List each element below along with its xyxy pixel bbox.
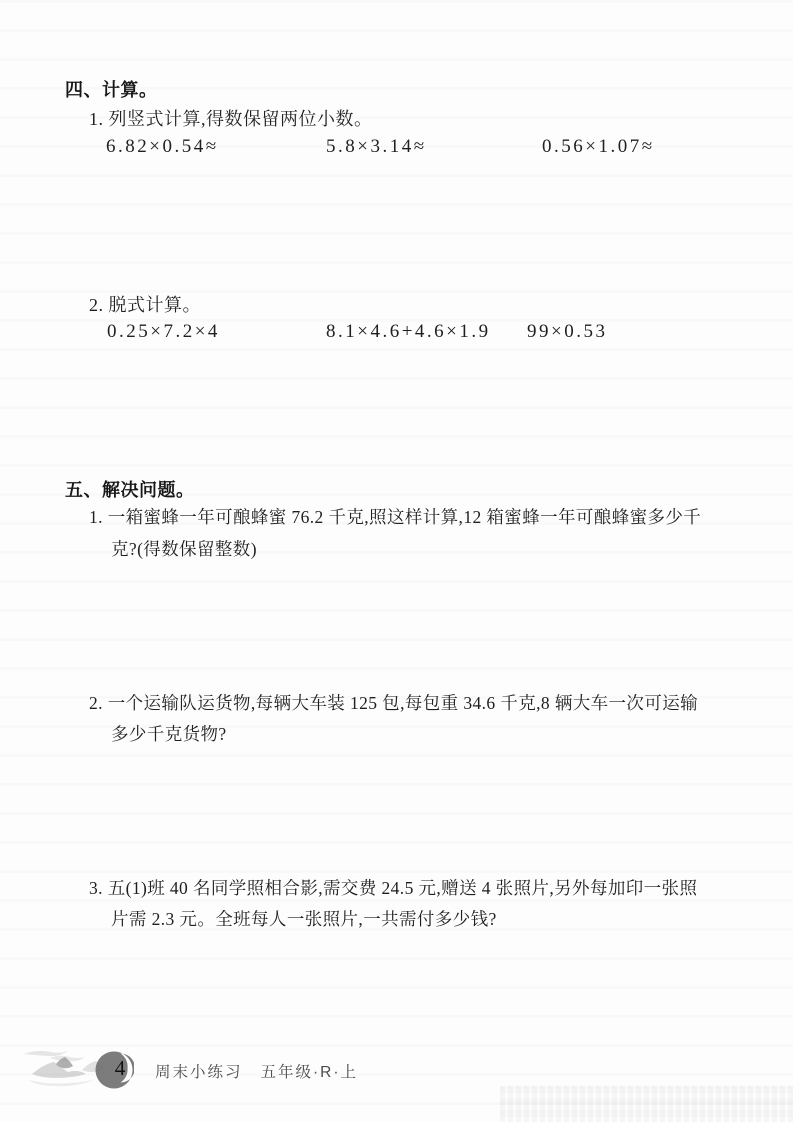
word-problem-2-line-1: 2. 一个运输队运货物,每辆大车装 125 包,每包重 34.6 千克,8 辆大… — [89, 690, 698, 715]
footer: 周末小练习 五年级·R·上 — [155, 1060, 358, 1082]
section-heading-calculation: 四、计算。 — [65, 76, 158, 102]
expression-vertical-3: 0.56×1.07≈ — [542, 136, 655, 158]
expression-step-1: 0.25×7.2×4 — [107, 321, 220, 343]
worksheet-page: 四、计算。 1. 列竖式计算,得数保留两位小数。 6.82×0.54≈ 5.8×… — [0, 0, 793, 1122]
word-problem-2-line-2: 多少千克货物? — [111, 721, 227, 746]
subsection-label-vertical-calculation: 1. 列竖式计算,得数保留两位小数。 — [89, 105, 373, 131]
word-problem-1-line-1: 1. 一箱蜜蜂一年可酿蜂蜜 76.2 千克,照这样计算,12 箱蜜蜂一年可酿蜂蜜… — [89, 504, 701, 529]
word-problem-3-line-2: 片需 2.3 元。全班每人一张照片,一共需付多少钱? — [111, 906, 497, 931]
footer-edition: 五年级·R·上 — [261, 1060, 359, 1082]
scan-texture — [0, 0, 793, 1122]
expression-step-3: 99×0.53 — [527, 321, 607, 343]
subsection-label-step-calculation: 2. 脱式计算。 — [89, 291, 201, 317]
page-bleed-through — [500, 1086, 793, 1122]
word-problem-1-line-2: 克?(得数保留整数) — [111, 536, 257, 561]
page-number: 4 — [107, 1056, 133, 1081]
expression-step-2: 8.1×4.6+4.6×1.9 — [326, 321, 491, 343]
footer-series-title: 周末小练习 — [155, 1060, 243, 1082]
expression-vertical-2: 5.8×3.14≈ — [326, 136, 427, 158]
word-problem-3-line-1: 3. 五(1)班 40 名同学照相合影,需交费 24.5 元,赠送 4 张照片,… — [89, 875, 697, 900]
expression-vertical-1: 6.82×0.54≈ — [106, 136, 219, 158]
section-heading-word-problems: 五、解决问题。 — [65, 476, 195, 502]
